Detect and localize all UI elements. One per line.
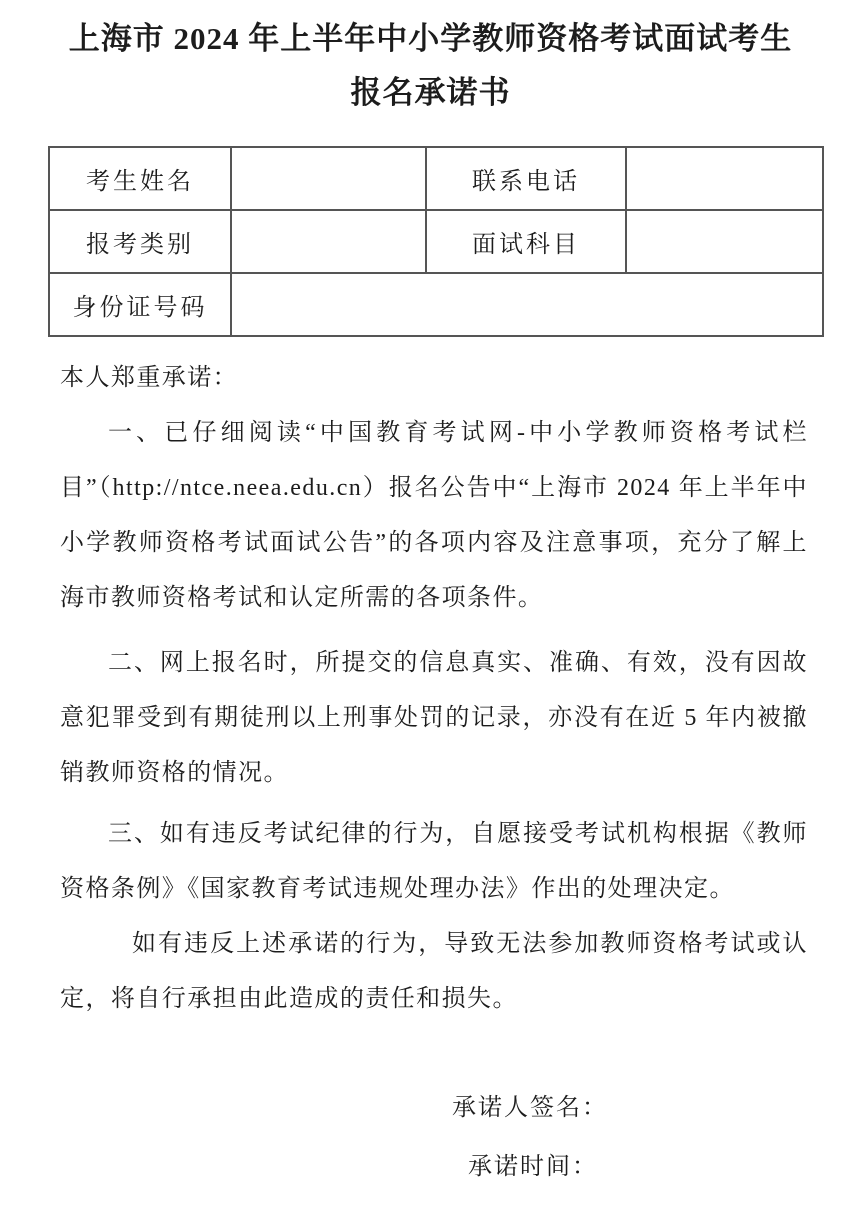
signer-signature-label: 承诺人签名： [452,1079,861,1138]
id-number-label: 身份证号码 [49,273,231,336]
candidate-name-field [231,147,426,210]
applicant-info-table: 考生姓名 联系电话 报考类别 面试科目 身份证号码 [48,146,824,337]
signature-block: 承诺人签名： 承诺时间： [452,1079,861,1197]
commitment-paragraph-1: 一、已仔细阅读“中国教育考试网-中小学教师资格考试栏目”（http://ntce… [60,406,808,626]
id-number-field [231,273,823,336]
interview-subject-label: 面试科目 [426,210,626,273]
commitment-paragraph-2: 二、网上报名时，所提交的信息真实、准确、有效，没有因故意犯罪受到有期徒刑以上刑事… [60,636,808,801]
commitment-date-label: 承诺时间： [452,1138,861,1197]
commitment-body: 本人郑重承诺： 一、已仔细阅读“中国教育考试网-中小学教师资格考试栏目”（htt… [0,351,861,1027]
application-category-field [231,210,426,273]
contact-phone-label: 联系电话 [426,147,626,210]
commitment-intro: 本人郑重承诺： [60,351,808,406]
document-title: 上海市 2024 年上半年中小学教师资格考试面试考生 报名承诺书 [0,0,861,120]
commitment-letter-page: 上海市 2024 年上半年中小学教师资格考试面试考生 报名承诺书 考生姓名 联系… [0,0,861,1213]
candidate-name-label: 考生姓名 [49,147,231,210]
document-title-line1: 上海市 2024 年上半年中小学教师资格考试面试考生 [0,12,861,66]
table-row-name-phone: 考生姓名 联系电话 [49,147,823,210]
contact-phone-field [626,147,823,210]
document-title-line2: 报名承诺书 [0,66,861,120]
application-category-label: 报考类别 [49,210,231,273]
commitment-paragraph-3: 三、如有违反考试纪律的行为，自愿接受考试机构根据《教师资格条例》《国家教育考试违… [60,807,808,917]
table-row-id-number: 身份证号码 [49,273,823,336]
commitment-paragraph-4: 如有违反上述承诺的行为，导致无法参加教师资格考试或认定，将自行承担由此造成的责任… [60,917,808,1027]
interview-subject-field [626,210,823,273]
table-row-category-subject: 报考类别 面试科目 [49,210,823,273]
